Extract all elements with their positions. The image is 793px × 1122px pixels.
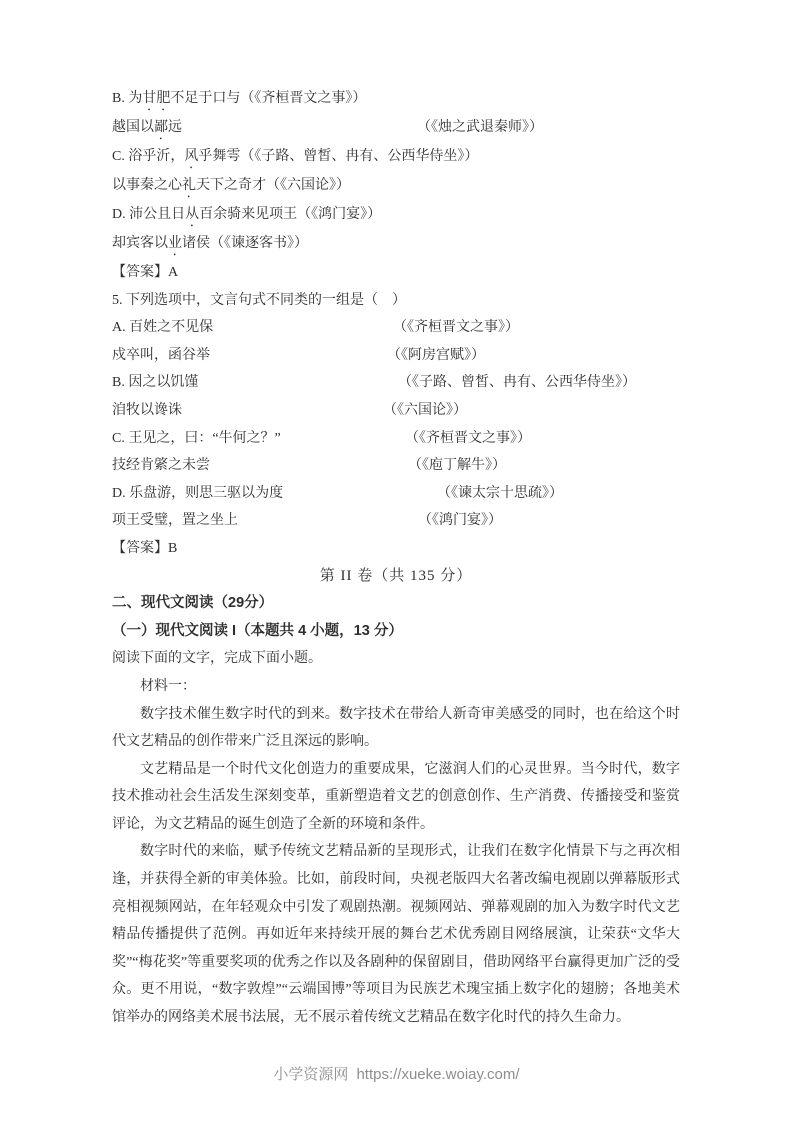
footer-site-url: https://xueke.woiay.com/ — [356, 1066, 519, 1083]
reading-instruction: 阅读下面的文字，完成下面小题。 — [112, 645, 680, 673]
q5-line-jimu-source: （《六国论》） — [383, 397, 467, 425]
section-subheading: （一）现代文阅读 I（本题共 4 小题，13 分） — [112, 618, 680, 646]
q5-option-b-source: （《子路、曾皙、冉有、公西华侍坐》） — [398, 369, 636, 397]
q4-option-b: B. 为甘肥不足于口与（《齐桓晋文之事》） — [112, 85, 680, 114]
q5-option-d-source: （《谏太宗十思疏》） — [437, 480, 563, 508]
q5-line-shuzu-source: （《阿房宫赋》） — [387, 342, 485, 370]
material-paragraph-2: 文艺精品是一个时代文化创造力的重要成果，它滋润人们的心灵世界。当今时代，数字技术… — [112, 756, 680, 839]
q5-line-jimu: 洎牧以谗诛（《六国论》） — [112, 397, 680, 425]
q4-line-yueguo-source: （《烛之武退秦师》） — [417, 114, 543, 142]
q5-option-b: B. 因之以饥馑（《子路、曾皙、冉有、公西华侍坐》） — [112, 369, 680, 397]
q4-option-d: D. 沛公且日从百余骑来见项王（《鸿门宴》） — [112, 201, 680, 230]
q4-option-d-post: 百余骑来见项王（《鸿门宴》） — [199, 207, 381, 222]
q5-line-shuzu-text: 戍卒叫，函谷举 — [112, 348, 210, 363]
material-label: 材料一： — [112, 673, 680, 701]
q4-line-yishiqin-pre: 以事秦之心 — [112, 178, 182, 193]
q4-option-d-emphasis: 从 — [185, 207, 199, 222]
q4-line-yueguo-pre: 越国以 — [112, 120, 154, 135]
q4-option-d-pre: D. 沛公且日 — [112, 207, 185, 222]
q4-option-b-post: 不足于口与（《齐桓晋文之事》） — [170, 91, 366, 106]
q5-option-a-text: A. 百姓之不见保 — [112, 320, 213, 335]
q4-line-quebinke-pre: 却宾客以 — [112, 236, 168, 251]
q5-option-a-source: （《齐桓晋文之事》） — [393, 314, 519, 342]
q5-option-a: A. 百姓之不见保（《齐桓晋文之事》） — [112, 314, 680, 342]
exam-content: B. 为甘肥不足于口与（《齐桓晋文之事》） 越国以鄙远（《烛之武退秦师》） C.… — [112, 85, 680, 1032]
q4-line-yueguo-post: 远 — [168, 120, 182, 135]
q5-option-c-text: C. 王见之，曰：“牛何之？” — [112, 431, 281, 446]
q5-line-jimu-text: 洎牧以谗诛 — [112, 403, 182, 418]
q5-line-jijing-source: （《庖丁解牛》） — [408, 452, 506, 480]
footer-site-label: 小学资源网 — [273, 1063, 348, 1084]
q5-line-xiangwang: 项王受璧，置之坐上（《鸿门宴》） — [112, 507, 680, 535]
q5-line-shuzu: 戍卒叫，函谷举（《阿房宫赋》） — [112, 342, 680, 370]
q4-answer: 【答案】A — [112, 259, 680, 287]
q4-line-yueguo: 越国以鄙远（《烛之武退秦师》） — [112, 114, 680, 143]
q5-option-c: C. 王见之，曰：“牛何之？”（《齐桓晋文之事》） — [112, 425, 680, 453]
section-heading: 二、现代文阅读（29分） — [112, 590, 680, 618]
q5-line-jijing-text: 技经肯綮之未尝 — [112, 458, 210, 473]
document-page: B. 为甘肥不足于口与（《齐桓晋文之事》） 越国以鄙远（《烛之武退秦师》） C.… — [0, 0, 793, 1122]
q4-option-b-emphasis: 甘肥 — [142, 91, 170, 106]
q4-line-yueguo-emphasis: 鄙 — [154, 120, 168, 135]
q4-line-yishiqin-post: 天下之奇才（《六国论》） — [196, 178, 350, 193]
q5-option-b-text: B. 因之以饥馑 — [112, 375, 198, 390]
material-paragraph-3: 数字时代的来临，赋予传统文艺精品新的呈现形式，让我们在数字化情景下与之再次相逢，… — [112, 838, 680, 1031]
q4-line-quebinke-post: 诸侯（《谏逐客书》） — [182, 236, 308, 251]
q4-line-yishiqin-emphasis: 礼 — [182, 178, 196, 193]
material-paragraph-1: 数字技术催生数字时代的到来。数字技术在带给人新奇审美感受的同时，也在给这个时代文… — [112, 701, 680, 756]
footer-watermark: 小学资源网https://xueke.woiay.com/ — [0, 1063, 793, 1084]
q5-line-xiangwang-source: （《鸿门宴》） — [418, 507, 502, 535]
q5-option-d-text: D. 乐盘游，则思三驱以为度 — [112, 486, 283, 501]
q5-option-d: D. 乐盘游，则思三驱以为度（《谏太宗十思疏》） — [112, 480, 680, 508]
q4-option-c-emphasis: 风 — [184, 149, 198, 164]
q5-stem: 5. 下列选项中，文言句式不同类的一组是（ ） — [112, 287, 680, 315]
q4-option-c: C. 浴乎沂，风乎舞雩（《子路、曾皙、冉有、公西华侍坐》） — [112, 143, 680, 172]
q5-line-jijing: 技经肯綮之未尝（《庖丁解牛》） — [112, 452, 680, 480]
q4-line-quebinke: 却宾客以业诸侯（《谏逐客书》） — [112, 230, 680, 259]
q4-option-b-pre: B. 为 — [112, 91, 142, 106]
q4-line-quebinke-emphasis: 业 — [168, 236, 182, 251]
q5-line-xiangwang-text: 项王受璧，置之坐上 — [112, 513, 238, 528]
q4-line-yishiqin: 以事秦之心礼天下之奇才（《六国论》） — [112, 172, 680, 201]
q5-answer: 【答案】B — [112, 535, 680, 563]
q4-option-c-post: 乎舞雩（《子路、曾皙、冉有、公西华侍坐》） — [198, 149, 478, 164]
volume-title: 第 II 卷（共 135 分） — [112, 563, 680, 591]
q4-option-c-pre: C. 浴乎沂， — [112, 149, 184, 164]
q5-option-c-source: （《齐桓晋文之事》） — [405, 425, 531, 453]
